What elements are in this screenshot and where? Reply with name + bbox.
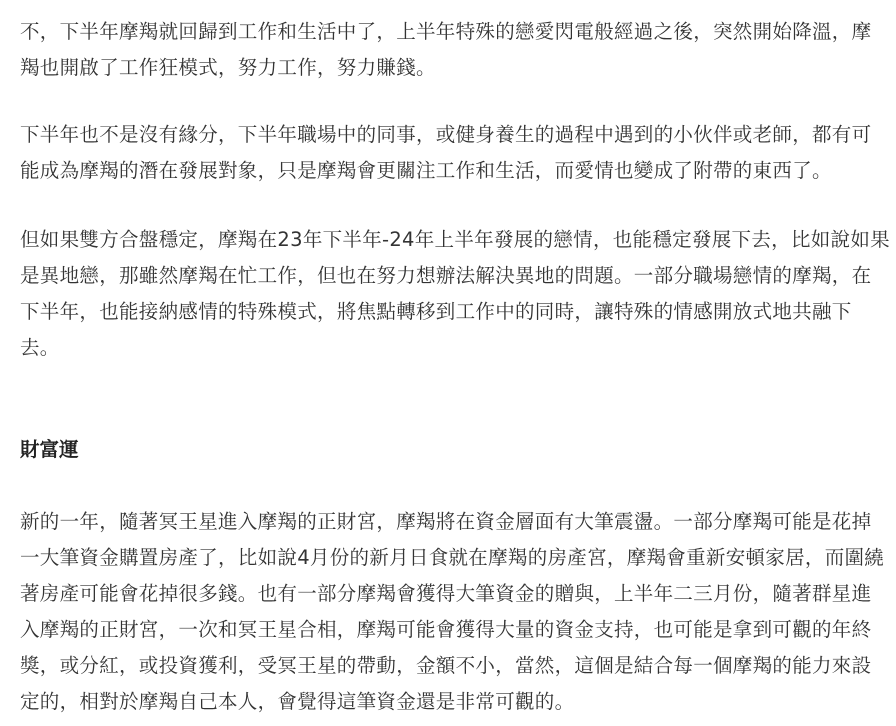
text-line: 入摩羯的正財宮，一次和冥王星合相，摩羯可能會獲得大量的資金支持，也可能是拿到可觀… [20,612,884,648]
text-line: 是異地戀，那雖然摩羯在忙工作，但也在努力想辦法解決異地的問題。一部分職場戀情的摩… [20,258,890,294]
text-line: 定的，相對於摩羯自己本人，會覺得這筆資金還是非常可觀的。 [20,684,884,720]
section-heading-wealth: 財富運 [20,432,79,468]
text-line: 獎，或分紅，或投資獲利，受冥王星的帶動，金額不小，當然，這個是結合每一個摩羯的能… [20,648,884,684]
text-line: 去。 [20,330,890,366]
text-line: 能成為摩羯的潛在發展對象，只是摩羯會更關注工作和生活，而愛情也變成了附帶的東西了… [20,153,871,189]
text-line: 新的一年，隨著冥王星進入摩羯的正財宮，摩羯將在資金層面有大筆震盪。一部分摩羯可能… [20,504,884,540]
text-line: 不，下半年摩羯就回歸到工作和生活中了，上半年特殊的戀愛閃電般經過之後，突然開始降… [20,14,871,50]
text-line: 羯也開啟了工作狂模式，努力工作，努力賺錢。 [20,50,871,86]
paragraph-stable-relationship: 但如果雙方合盤穩定，摩羯在23年下半年-24年上半年發展的戀情，也能穩定發展下去… [20,222,890,366]
text-line: 下半年也不是沒有緣分，下半年職場中的同事，或健身養生的過程中遇到的小伙伴或老師，… [20,117,871,153]
text-line: 著房產可能會花掉很多錢。也有一部分摩羯會獲得大筆資金的贈與，上半年二三月份，隨著… [20,576,884,612]
text-line: 一大筆資金購置房產了，比如說4月份的新月日食就在摩羯的房產宮，摩羯會重新安頓家居… [20,540,884,576]
paragraph-wealth: 新的一年，隨著冥王星進入摩羯的正財宮，摩羯將在資金層面有大筆震盪。一部分摩羯可能… [20,504,884,720]
text-line: 但如果雙方合盤穩定，摩羯在23年下半年-24年上半年發展的戀情，也能穩定發展下去… [20,222,890,258]
paragraph-potential-partners: 下半年也不是沒有緣分，下半年職場中的同事，或健身養生的過程中遇到的小伙伴或老師，… [20,117,871,189]
paragraph-career-focus: 不，下半年摩羯就回歸到工作和生活中了，上半年特殊的戀愛閃電般經過之後，突然開始降… [20,14,871,86]
text-line: 下半年，也能接納感情的特殊模式，將焦點轉移到工作中的同時，讓特殊的情感開放式地共… [20,294,890,330]
